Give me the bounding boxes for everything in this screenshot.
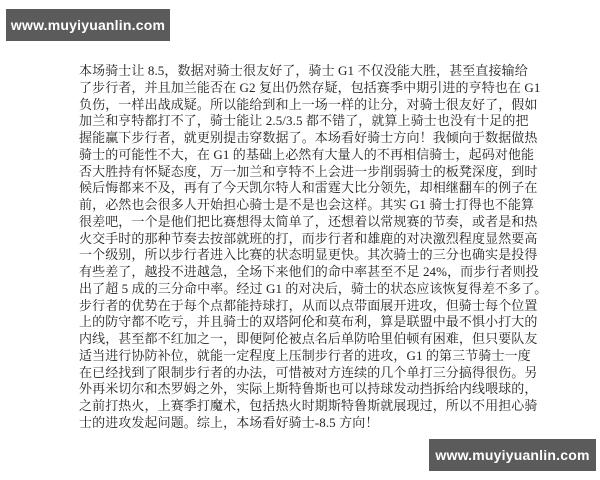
- text-line: 出了超 5 成的三分命中率。经过 G1 的对决后，骑士的状态应该恢复得差不多了。: [79, 281, 537, 298]
- watermark-ribbon-top-left: www.muyiyuanlin.com: [6, 9, 170, 41]
- text-line: 握能赢下步行者，就更别提击穿数据了。本场看好骑士方向！我倾向于数据做热: [79, 130, 537, 147]
- text-line: 加兰和亨特都打不了，骑士能让 2.5/3.5 都不错了，就算上骑士也没有十足的把: [79, 113, 537, 130]
- text-line: 骑士的可能性不大，在 G1 的基础上必然有大量人的不再相信骑士，起码对他能: [79, 147, 537, 164]
- text-line: 否大胜持有怀疑态度，万一加兰和亨特不上会进一步削弱骑士的板凳深度，到时: [79, 164, 537, 181]
- text-line: 候后悔都来不及，再有了今天凯尔特人和雷霆大比分领先，却相继翻车的例子在: [79, 180, 537, 197]
- text-line: 一个级别，所以步行者进入比赛的状态明显更快。其次骑士的三分也确实是投得: [79, 247, 537, 264]
- text-line: 有些差了，越投不进越急，全场下来他们的命中率甚至不足 24%，而步行者则投: [79, 264, 537, 281]
- watermark-ribbon-bottom-right: www.muyiyuanlin.com: [429, 439, 596, 471]
- text-line: 士的进攻发起问题。综上，本场看好骑士-8.5 方向！: [79, 415, 537, 432]
- text-line: 很差吧，一个是他们把比赛想得太简单了，还想着以常规赛的节奏，或者是和热: [79, 214, 537, 231]
- text-line: 本场骑士让 8.5，数据对骑士很友好了，骑士 G1 不仅没能大胜，甚至直接输给: [79, 63, 537, 80]
- text-line: 内线，甚至都不红加之一，即便阿伦被点名后单防哈里伯顿有困难，但只要队友: [79, 331, 537, 348]
- text-line: 步行者的优势在于每个点都能持球打，从而以点带面展开进攻，但骑士每个位置: [79, 298, 537, 315]
- article-text: 本场骑士让 8.5，数据对骑士很友好了，骑士 G1 不仅没能大胜，甚至直接输给了…: [79, 63, 537, 432]
- text-line: 上的防守都不吃亏，并且骑士的双塔阿伦和莫布利，算是联盟中最不惧小打大的: [79, 314, 537, 331]
- text-line: 火交手时的那种节奏去按部就班的打，而步行者和雄鹿的对决激烈程度显然要高: [79, 231, 537, 248]
- text-line: 前，必然也会很多人开始担心骑士是不是也会这样。其实 G1 骑士打得也不能算: [79, 197, 537, 214]
- watermark-text: www.muyiyuanlin.com: [11, 17, 165, 33]
- text-line: 了步行者，并且加兰能否在 G2 复出仍然存疑，包括赛季中期引进的亨特也在 G1: [79, 80, 537, 97]
- text-line: 在已经找到了限制步行者的办法，可惜被对方连续的几个单打三分搞得很伤。另: [79, 365, 537, 382]
- text-line: 之前打热火，上赛季打魔术，包括热火时期斯特鲁斯就展现过，所以不用担心骑: [79, 398, 537, 415]
- watermark-text: www.muyiyuanlin.com: [435, 447, 589, 463]
- text-line: 适当进行协防补位，就能一定程度上压制步行者的进攻，G1 的第三节骑士一度: [79, 348, 537, 365]
- text-line: 外再米切尔和杰罗姆之外，实际上斯特鲁斯也可以持球发动挡拆给内线喂球的，: [79, 381, 537, 398]
- article-body: 本场骑士让 8.5，数据对骑士很友好了，骑士 G1 不仅没能大胜，甚至直接输给了…: [79, 63, 537, 432]
- text-line: 负伤，一样出战成疑。所以能给到和上一场一样的让分，对骑士很友好了，假如: [79, 97, 537, 114]
